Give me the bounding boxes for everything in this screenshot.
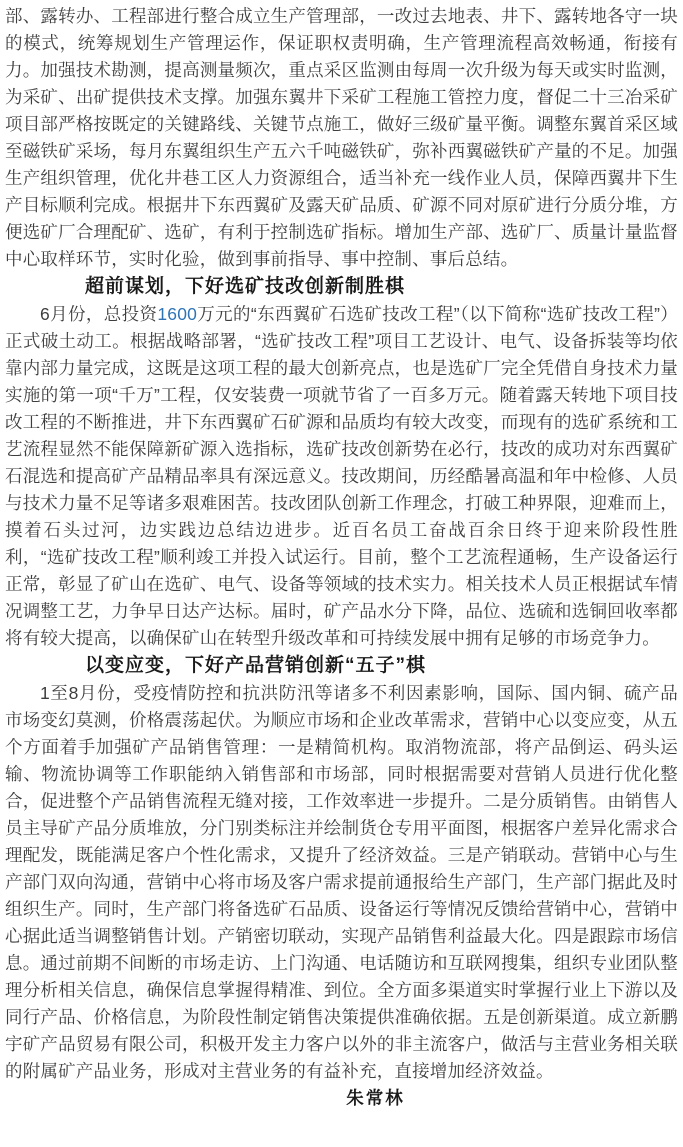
paragraph-production-management: 部、露转办、工程部进行整合成立生产管理部，一改过去地表、井下、露转地各守一块的模…: [5, 3, 678, 273]
section-heading-tech-reform: 超前谋划，下好选矿技改创新制胜棋: [5, 273, 678, 301]
investment-amount-highlight: 1600: [157, 304, 197, 324]
tech-reform-text-after-amount: 万元的“东西翼矿石选矿技改工程”（以下简称“选矿技改工程”）正式破土动工。根据战…: [5, 304, 678, 648]
section-heading-marketing: 以变应变，下好产品营销创新“五子”棋: [5, 652, 678, 680]
author-signature: 朱常林: [5, 1085, 678, 1112]
article-page: 部、露转办、工程部进行整合成立生产管理部，一改过去地表、井下、露转地各守一块的模…: [0, 0, 683, 1147]
paragraph-marketing: 1至8月份，受疫情防控和抗洪防汛等诸多不利因素影响，国际、国内铜、硫产品市场变幻…: [5, 680, 678, 1085]
paragraph-tech-reform: 6月份，总投资1600万元的“东西翼矿石选矿技改工程”（以下简称“选矿技改工程”…: [5, 301, 678, 652]
tech-reform-text-before-amount: 6月份，总投资: [40, 304, 157, 324]
